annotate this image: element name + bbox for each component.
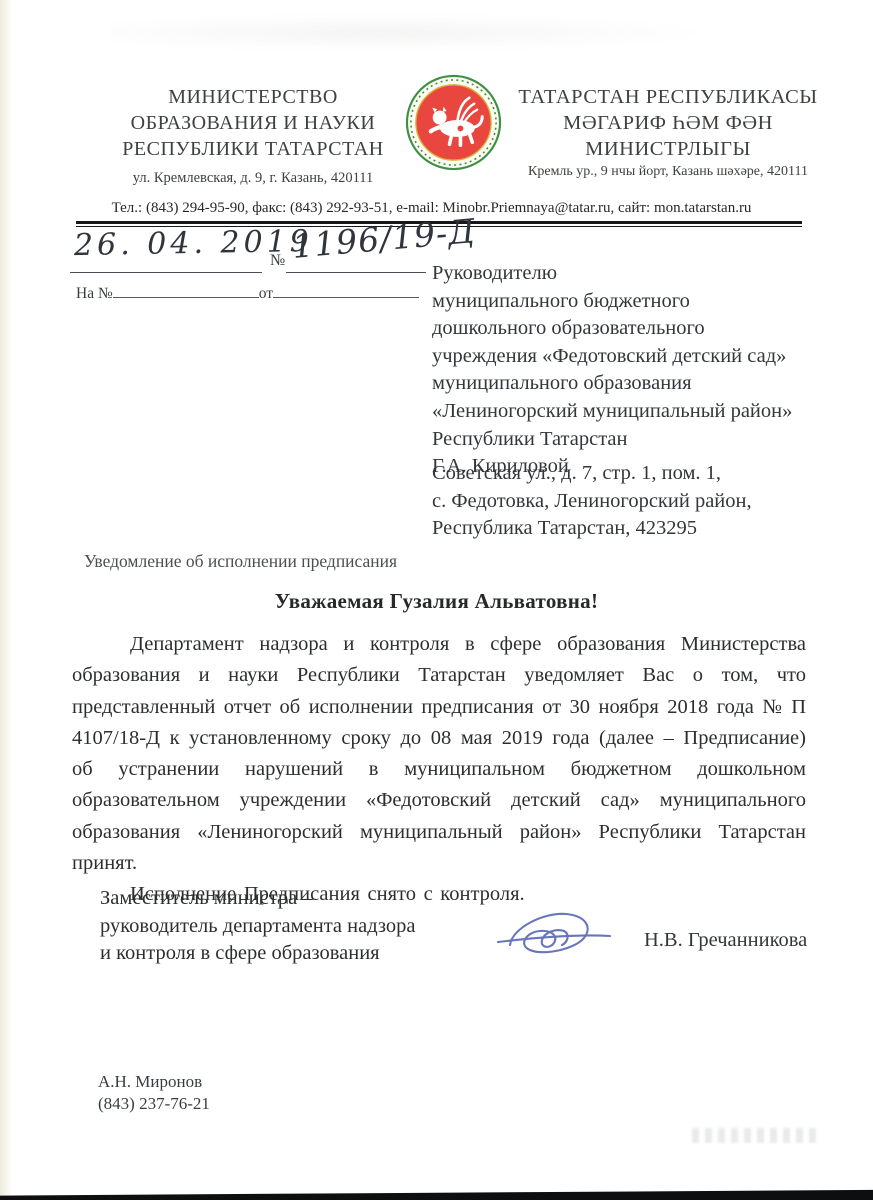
ministry-name-russian: МИНИСТЕРСТВО ОБРАЗОВАНИЯ И НАУКИ РЕСПУБЛ… [86, 84, 420, 162]
scanned-letter-page: МИНИСТЕРСТВО ОБРАЗОВАНИЯ И НАУКИ РЕСПУБЛ… [0, 0, 873, 1200]
ministry-name-ru-line3: РЕСПУБЛИКИ ТАТАРСТАН [86, 136, 420, 162]
handwritten-number: 1196/19-Д [291, 211, 478, 266]
scan-edge-bar [0, 1189, 873, 1200]
ministry-name-tt-line3: МИНИСТРЛЫГЫ [478, 136, 858, 162]
recipient-line: Республики Татарстан [432, 426, 842, 454]
recipient-line: дошкольного образовательного [432, 315, 842, 343]
scan-smudge-bottom-right [692, 1128, 820, 1143]
executor-name: А.Н. Миронов [98, 1071, 210, 1093]
signer-position-line: Заместитель министра – [100, 885, 450, 913]
recipient-block: Руководителю муниципального бюджетного д… [432, 260, 842, 481]
ministry-name-tt-line2: МӘГАРИФ ҺӘМ ФӘН [478, 110, 858, 136]
recipient-address-block: Советская ул., д. 7, стр. 1, пом. 1, с. … [432, 460, 842, 543]
ministry-address-russian: ул. Кремлевская, д. 9, г. Казань, 420111 [86, 170, 420, 187]
recipient-line: Руководителю [432, 260, 842, 288]
reply-date-blank [273, 284, 419, 298]
letter-body: Департамент надзора и контроля в сфере о… [72, 629, 806, 911]
signer-position-line: и контроля в сфере образования [100, 940, 450, 968]
salutation: Уважаемая Гузалия Альватовна! [0, 589, 873, 614]
scan-smudge-top [110, 14, 710, 48]
body-paragraph-1: Департамент надзора и контроля в сфере о… [72, 629, 806, 879]
ministry-name-tt-line1: ТАТАРСТАН РЕСПУБЛИКАСЫ [478, 84, 858, 110]
number-underline [286, 272, 426, 273]
recipient-line: «Лениногорский муниципальный район» [432, 398, 842, 426]
subject-line: Уведомление об исполнении предписания [84, 551, 397, 572]
ministry-name-ru-line2: ОБРАЗОВАНИЯ И НАУКИ [86, 110, 420, 136]
recipient-address-line: с. Федотовка, Лениногорский район, [432, 488, 842, 516]
ministry-name-ru-line1: МИНИСТЕРСТВО [86, 84, 420, 110]
ministry-address-tatar: Кремль ур., 9 нчы йорт, Казань шәхәре, 4… [478, 164, 858, 180]
executor-phone: (843) 237-76-21 [98, 1093, 210, 1115]
recipient-line: учреждения «Федотовский детский сад» [432, 343, 842, 371]
recipient-address-line: Республика Татарстан, 423295 [432, 515, 842, 543]
reply-prefix: На № [76, 285, 113, 302]
signer-position-line: руководитель департамента надзора [100, 913, 450, 941]
date-underline [70, 272, 262, 273]
executor-block: А.Н. Миронов (843) 237-76-21 [98, 1071, 210, 1115]
recipient-line: муниципального бюджетного [432, 288, 842, 316]
signer-position-block: Заместитель министра – руководитель депа… [100, 885, 450, 968]
signer-name: Н.В. Гречанникова [644, 929, 807, 952]
number-sign: № [270, 252, 285, 270]
reply-number-blank [113, 284, 259, 298]
recipient-line: муниципального образования [432, 370, 842, 398]
reply-from-label: от [259, 285, 273, 302]
reply-reference-row: На №от [76, 284, 419, 303]
recipient-address-line: Советская ул., д. 7, стр. 1, пом. 1, [432, 460, 842, 488]
ministry-name-tatar: ТАТАРСТАН РЕСПУБЛИКАСЫ МӘГАРИФ ҺӘМ ФӘН М… [478, 84, 858, 162]
signature-ink-icon [492, 898, 632, 976]
